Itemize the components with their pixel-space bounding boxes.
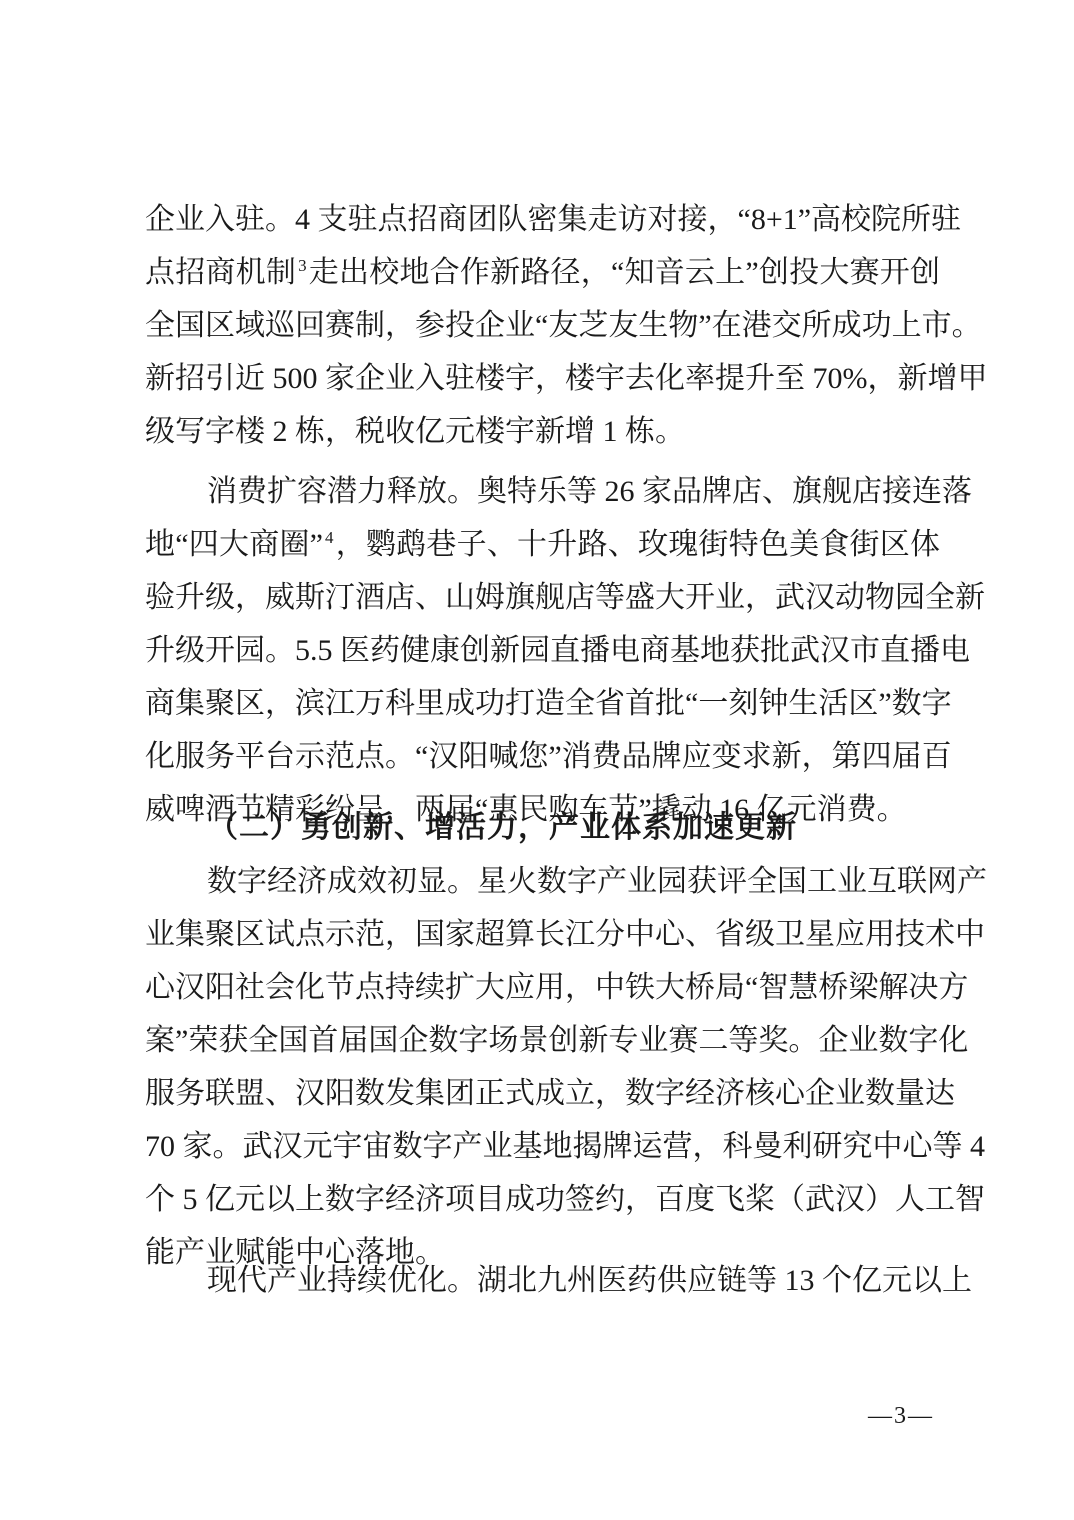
text-line-with-footnote: 地“四大商圈”4，鹦鹉巷子、十升路、玫瑰街特色美食街区体 [145,518,940,571]
text-line: 业集聚区试点示范，国家超算长江分中心、省级卫星应用技术中 [145,908,940,961]
text-line: 案”荣获全国首届国企数字场景创新专业赛二等奖。企业数字化 [145,1014,940,1067]
text-line: 企业入驻。4 支驻点招商团队密集走访对接，“8+1”高校院所驻 [145,193,940,246]
text-line: 70 家。武汉元宇宙数字产业基地揭牌运营，科曼利研究中心等 4 [145,1120,940,1173]
paragraph-digital-economy: 数字经济成效初显。星火数字产业园获评全国工业互联网产 业集聚区试点示范，国家超算… [145,855,940,1279]
paragraph-investment: 企业入驻。4 支驻点招商团队密集走访对接，“8+1”高校院所驻 点招商机制3走出… [145,193,940,458]
text-line: 心汉阳社会化节点持续扩大应用，中铁大桥局“智慧桥梁解决方 [145,961,940,1014]
text-line: 级写字楼 2 栋，税收亿元楼宇新增 1 栋。 [145,405,940,458]
paragraph-consumption: 消费扩容潜力释放。奥特乐等 26 家品牌店、旗舰店接连落 地“四大商圈”4，鹦鹉… [145,465,940,836]
footnote-ref-3[interactable]: 3 [298,256,307,275]
paragraph-modern-industry: 现代产业持续优化。湖北九州医药供应链等 13 个亿元以上 [145,1254,940,1307]
text-line: 现代产业持续优化。湖北九州医药供应链等 13 个亿元以上 [145,1254,940,1307]
text-line: 数字经济成效初显。星火数字产业园获评全国工业互联网产 [145,855,940,908]
text-line-with-footnote: 点招商机制3走出校地合作新路径，“知音云上”创投大赛开创 [145,246,940,299]
text-line: 验升级，威斯汀酒店、山姆旗舰店等盛大开业，武汉动物园全新 [145,571,940,624]
text-line: 服务联盟、汉阳数发集团正式成立，数字经济核心企业数量达 [145,1067,940,1120]
text-line: 个 5 亿元以上数字经济项目成功签约，百度飞桨（武汉）人工智 [145,1173,940,1226]
text-line: 升级开园。5.5 医药健康创新园直播电商基地获批武汉市直播电 [145,624,940,677]
footnote-ref-4[interactable]: 4 [325,528,334,547]
text-line: 化服务平台示范点。“汉阳喊您”消费品牌应变求新，第四届百 [145,730,940,783]
text-line: 商集聚区，滨江万科里成功打造全省首批“一刻钟生活区”数字 [145,677,940,730]
page-number: —3— [868,1403,934,1430]
text-line: 消费扩容潜力释放。奥特乐等 26 家品牌店、旗舰店接连落 [145,465,940,518]
section-heading: （二）勇创新、增活力，产业体系加速更新 [208,801,797,854]
document-page: 企业入驻。4 支驻点招商团队密集走访对接，“8+1”高校院所驻 点招商机制3走出… [0,0,1074,1520]
text-line: 全国区域巡回赛制，参投企业“友芝友生物”在港交所成功上市。 [145,299,940,352]
text-line: 新招引近 500 家企业入驻楼宇，楼宇去化率提升至 70%，新增甲 [145,352,940,405]
